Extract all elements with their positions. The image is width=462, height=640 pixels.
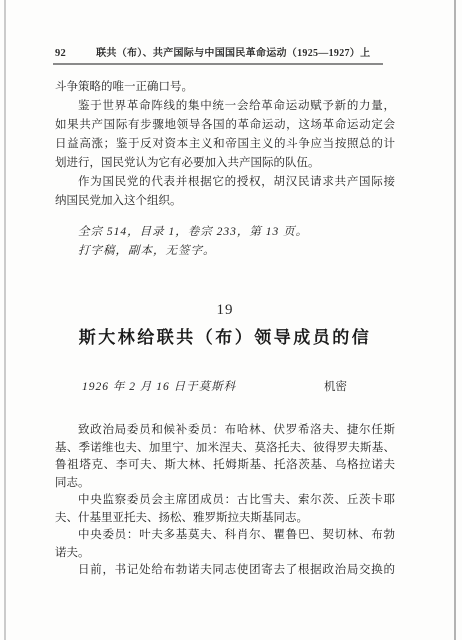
section-number: 19 (55, 300, 395, 320)
document-body-text: 斗争策略的唯一正确口号。 鉴于世界革命阵线的集中统一会给革命运动赋予新的力量， … (55, 78, 395, 211)
text-line: 作为国民党的代表并根据它的授权，胡汉民请求共产国际接 (55, 173, 395, 192)
letter-body: 致政治局委员和候补委员：布哈林、伏罗希洛夫、捷尔任斯 基、季诺维也夫、加里宁、加… (55, 422, 395, 580)
text-line: 日益高涨；鉴于反对资本主义和帝国主义的斗争应当按照总的计 (55, 135, 395, 154)
letter-dateline-row: 1926 年 2 月 16 日于莫斯科 机密 (55, 378, 395, 396)
text-line: 同志。 (55, 475, 395, 493)
dateline: 1926 年 2 月 16 日于莫斯科 (82, 378, 236, 396)
right-page-edge (454, 0, 456, 640)
section-title: 斯大林给联共（布）领导成员的信 (55, 325, 395, 351)
text-line: 纳国民党加入这个组织。 (55, 192, 395, 211)
text-line: 夫、什基里亚托夫、扬松、雅罗斯拉夫斯基同志。 (55, 510, 395, 528)
text-line: 鉴于世界革命阵线的集中统一会给革命运动赋予新的力量， (55, 97, 395, 116)
text-line: 鲁祖塔克、李可夫、斯大林、托姆斯基、托洛茨基、乌格拉诺夫 (55, 457, 395, 475)
archival-note: 全宗 514，目录 1，卷宗 233，第 13 页。 打字稿，副本，无签字。 (55, 223, 395, 261)
archive-reference: 全宗 514，目录 1，卷宗 233，第 13 页。 (55, 223, 395, 242)
page-content: 斗争策略的唯一正确口号。 鉴于世界革命阵线的集中统一会给革命运动赋予新的力量， … (55, 78, 395, 580)
header-rule (53, 63, 383, 65)
text-line: 如果共产国际有步骤地领导各国的革命运动，这场革命运动定会 (55, 116, 395, 135)
text-line: 日前，书记处给布勃诺夫同志使团寄去了根据政治局交换的 (55, 562, 395, 580)
typescript-note: 打字稿，副本，无签字。 (55, 242, 395, 261)
text-line: 划进行，国民党认为它有必要加入共产国际的队伍。 (55, 154, 395, 173)
text-line: 中央委员：叶夫多基莫夫、科肖尔、瞿鲁巴、契切林、布勃 (55, 527, 395, 545)
text-line: 基、季诺维也夫、加里宁、加米涅夫、莫洛托夫、彼得罗夫斯基、 (55, 440, 395, 458)
page-number: 92 (55, 48, 66, 59)
text-line: 中央监察委员会主席团成员：古比雪夫、索尔茨、丘茨卡耶 (55, 492, 395, 510)
scanned-book-page: 92 联共（布）、共产国际与中国国民革命运动（1925—1927）上 斗争策略的… (0, 0, 462, 640)
classification-label: 机密 (324, 378, 347, 396)
text-line: 致政治局委员和候补委员：布哈林、伏罗希洛夫、捷尔任斯 (55, 422, 395, 440)
page-header: 92 联共（布）、共产国际与中国国民革命运动（1925—1927）上 (55, 44, 385, 59)
book-title: 联共（布）、共产国际与中国国民革命运动（1925—1927）上 (96, 44, 370, 59)
left-page-edge (4, 0, 6, 640)
text-line: 诺夫。 (55, 545, 395, 563)
text-line: 斗争策略的唯一正确口号。 (55, 78, 395, 97)
